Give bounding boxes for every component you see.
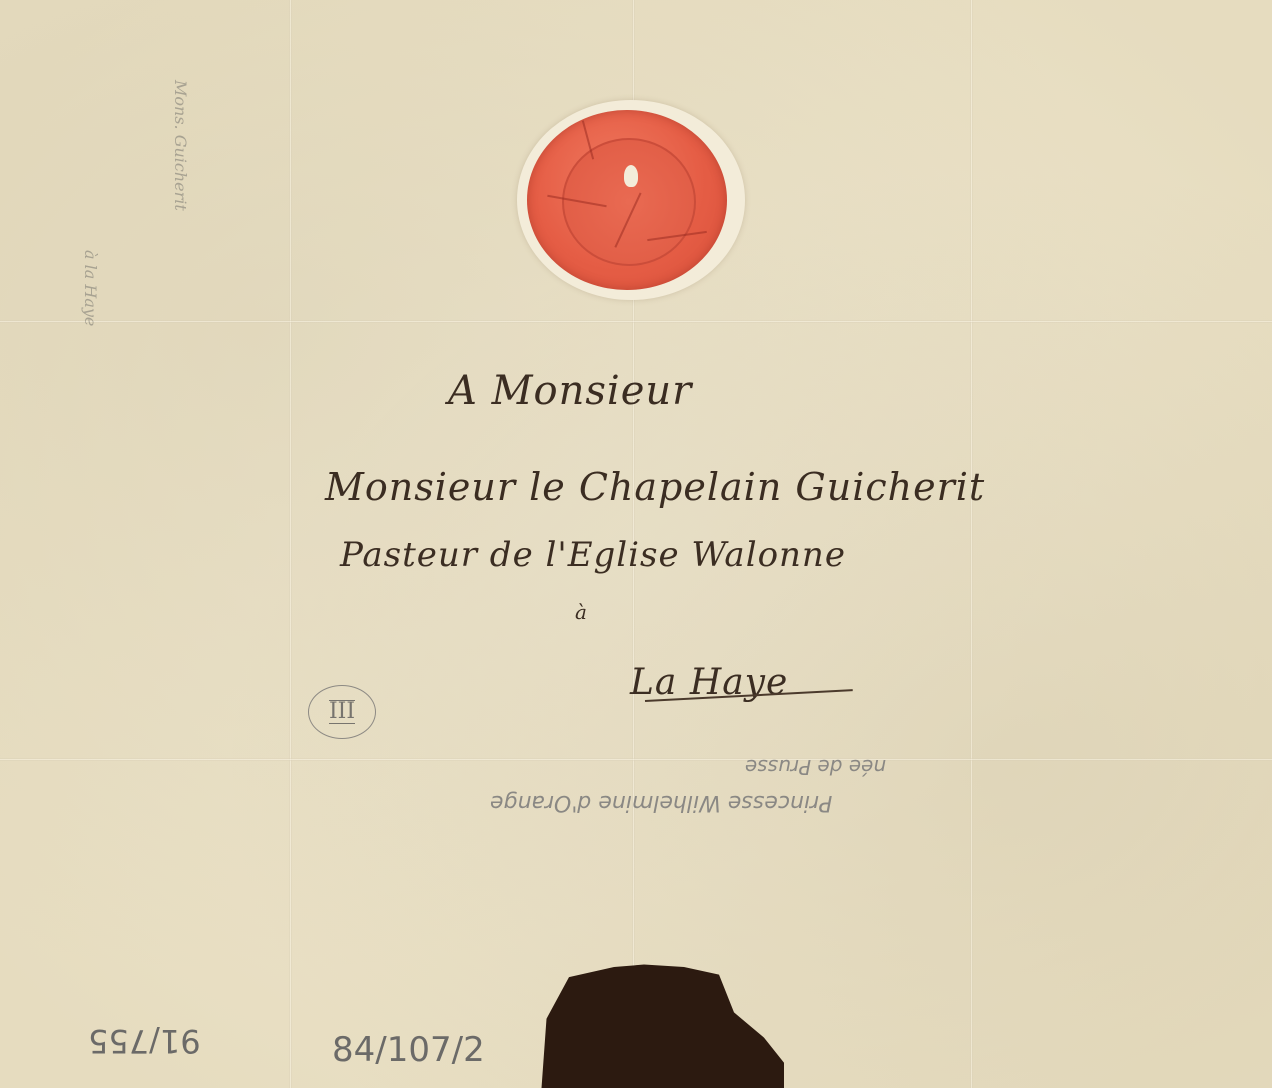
- fold-line-horizontal-bottom: [0, 758, 1272, 761]
- address-line-2: Monsieur le Chapelain Guicherit: [325, 465, 985, 509]
- address-line-3: Pasteur de l'Eglise Walonne: [340, 535, 846, 575]
- address-line-1: A Monsieur: [448, 368, 692, 414]
- circled-mark: III: [308, 685, 376, 739]
- pencil-note-upside-down-1: Princesse Wilhelmine d'Orange: [490, 790, 832, 815]
- seal-hole: [624, 165, 638, 187]
- wax-seal: [527, 110, 727, 290]
- address-line-4: à: [575, 600, 588, 624]
- margin-note-1: à la Haye: [81, 250, 100, 326]
- catalog-number-right: 84/107/2: [332, 1030, 485, 1070]
- fold-line-horizontal-top: [0, 320, 1272, 323]
- margin-note-2: Mons. Guicherit: [171, 80, 190, 211]
- circled-mark-text: III: [329, 700, 355, 724]
- fold-line-vertical-right: [970, 0, 973, 1088]
- pencil-note-upside-down-2: née de Prusse: [745, 755, 886, 779]
- fold-line-vertical-left: [289, 0, 292, 1088]
- catalog-number-left: 91/755: [88, 1022, 201, 1060]
